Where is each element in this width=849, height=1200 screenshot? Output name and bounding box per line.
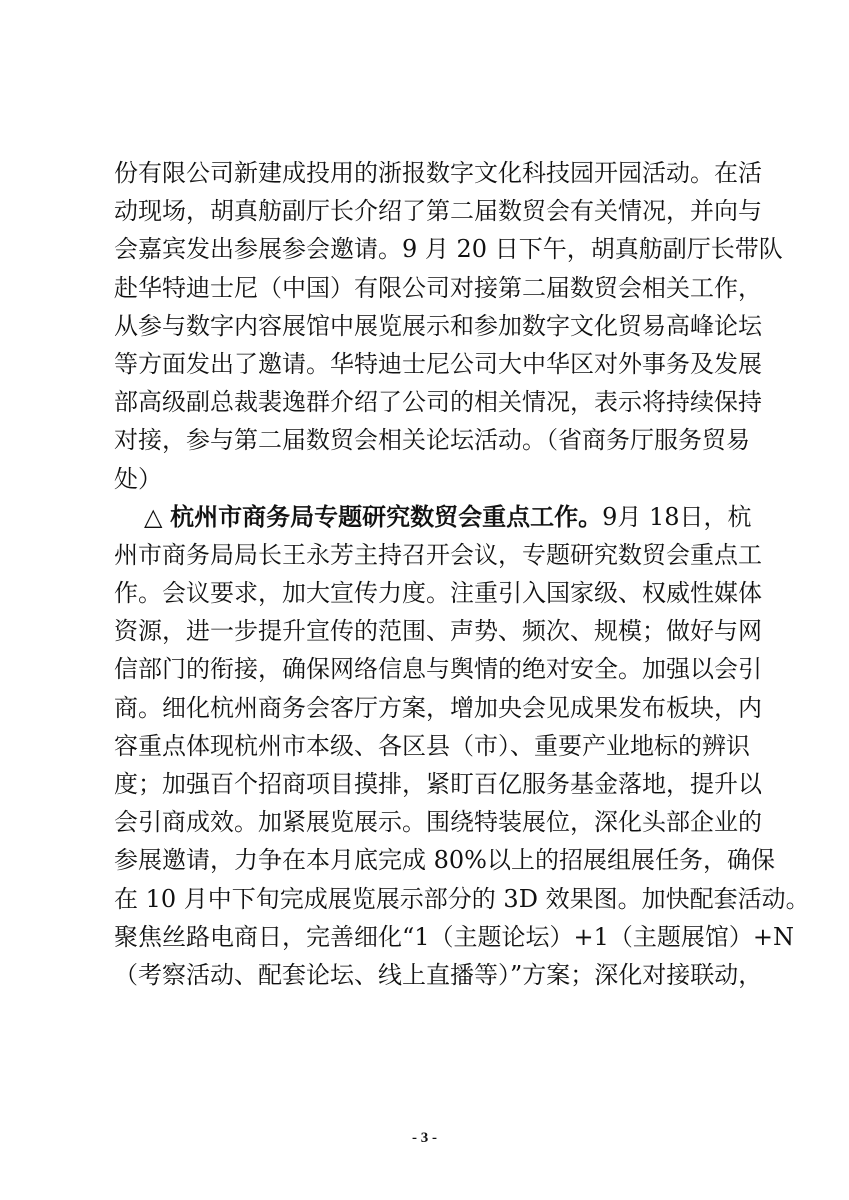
- text-segment: 9月 18日，杭: [602, 503, 751, 531]
- text-line: 等方面发出了邀请。华特迪士尼公司大中华区对外事务及发展: [114, 345, 746, 383]
- text-line: 度；加强百个招商项目摸排，紧盯百亿服务基金落地，提升以: [114, 765, 746, 803]
- text-line: （考察活动、配套论坛、线上直播等）”方案；深化对接联动，: [114, 956, 746, 994]
- text-line: 作。会议要求，加大宣传力度。注重引入国家级、权威性媒体: [114, 574, 746, 612]
- text-line: 份有限公司新建成投用的浙报数字文化科技园开园活动。在活: [114, 154, 746, 192]
- text-line: 信部门的衔接，确保网络信息与舆情的绝对安全。加强以会引: [114, 650, 746, 688]
- paragraph-provincial-dept: 份有限公司新建成投用的浙报数字文化科技园开园活动。在活 动现场，胡真舫副厅长介绍…: [114, 154, 746, 498]
- paragraph-hangzhou-bureau: △ 杭州市商务局专题研究数贸会重点工作。9月 18日，杭 州市商务局局长王永芳主…: [114, 498, 746, 994]
- text-line: 会嘉宾发出参展参会邀请。9 月 20 日下午，胡真舫副厅长带队: [114, 230, 746, 268]
- paragraph-heading: 杭州市商务局专题研究数贸会重点工作。: [170, 502, 602, 531]
- text-line: 商。细化杭州商务会客厅方案，增加央会见成果发布板块，内: [114, 689, 746, 727]
- text-line: 聚焦丝路电商日，完善细化“1（主题论坛）+1（主题展馆）+N: [114, 918, 746, 956]
- triangle-marker-icon: △: [144, 503, 162, 531]
- text-line: 资源，进一步提升宣传的范围、声势、频次、规模；做好与网: [114, 612, 746, 650]
- text-line: 对接，参与第二届数贸会相关论坛活动。（省商务厅服务贸易: [114, 421, 746, 459]
- page-number: - 3 -: [0, 1130, 849, 1147]
- paragraph-heading-line: △ 杭州市商务局专题研究数贸会重点工作。9月 18日，杭: [114, 498, 746, 536]
- text-line: 容重点体现杭州市本级、各区县（市）、重要产业地标的辨识: [114, 727, 746, 765]
- text-line: 赴华特迪士尼（中国）有限公司对接第二届数贸会相关工作，: [114, 269, 746, 307]
- text-line: 动现场，胡真舫副厅长介绍了第二届数贸会有关情况，并向与: [114, 192, 746, 230]
- document-page: 份有限公司新建成投用的浙报数字文化科技园开园活动。在活 动现场，胡真舫副厅长介绍…: [0, 0, 849, 1200]
- document-body: 份有限公司新建成投用的浙报数字文化科技园开园活动。在活 动现场，胡真舫副厅长介绍…: [114, 154, 746, 994]
- text-line: 在 10 月中下旬完成展览展示部分的 3D 效果图。加快配套活动。: [114, 880, 746, 918]
- text-line: 部高级副总裁裴逸群介绍了公司的相关情况，表示将持续保持: [114, 383, 746, 421]
- text-line: 从参与数字内容展馆中展览展示和参加数字文化贸易高峰论坛: [114, 307, 746, 345]
- text-line: 州市商务局局长王永芳主持召开会议，专题研究数贸会重点工: [114, 536, 746, 574]
- text-line: 处）: [114, 460, 746, 498]
- text-line: 会引商成效。加紧展览展示。围绕特装展位，深化头部企业的: [114, 803, 746, 841]
- text-line: 参展邀请，力争在本月底完成 80%以上的招展组展任务，确保: [114, 841, 746, 879]
